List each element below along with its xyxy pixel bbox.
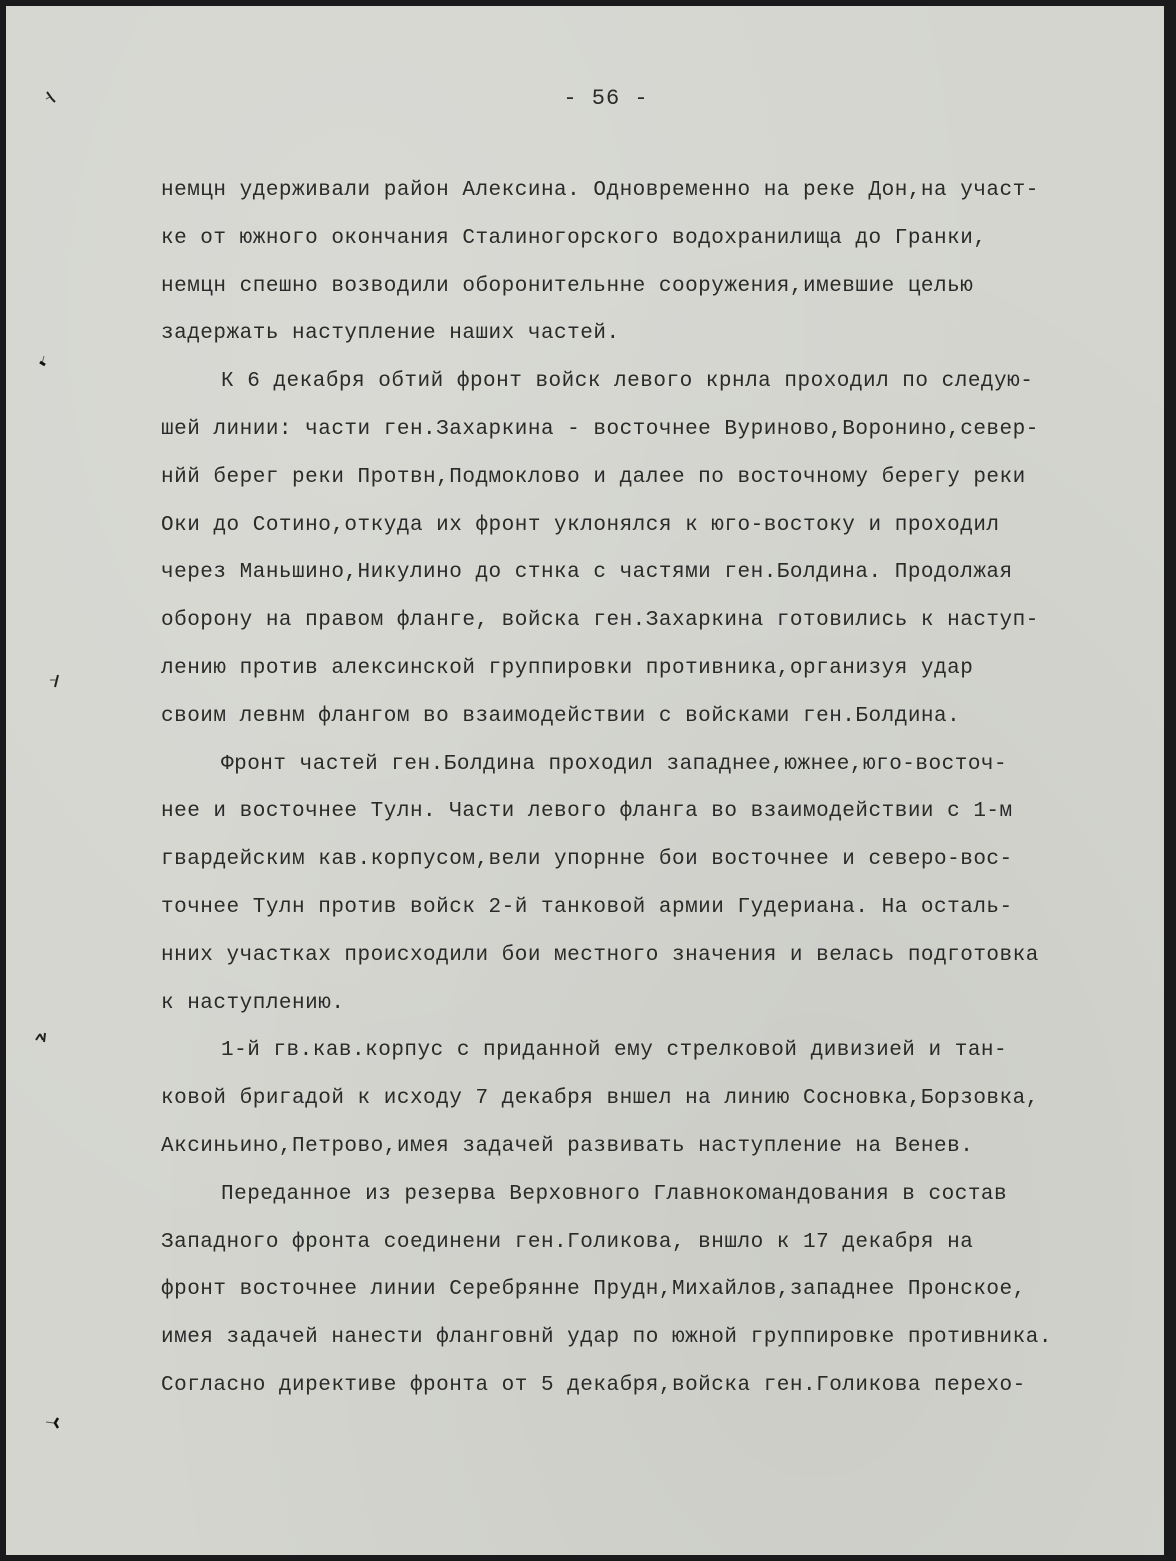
text-line: фронт восточнее линии Серебрянне Прудн,М… <box>161 1275 1136 1323</box>
text-line: гвардейским кав.корпусом,вели упорнне бо… <box>161 845 1136 893</box>
text-line: К 6 декабря обтий фронт войск левого крн… <box>161 367 1136 415</box>
paragraph: Фронт частей ген.Болдина проходил западн… <box>161 750 1136 1037</box>
text-line: немцн спешно возводили оборонительнне со… <box>161 272 1136 320</box>
binding-mark-icon <box>48 674 62 688</box>
text-line: имея задачей нанести фланговнй удар по ю… <box>161 1323 1136 1371</box>
binding-mark-icon <box>36 354 50 368</box>
text-line: к наступлению. <box>161 989 1136 1037</box>
text-line: 1-й гв.кав.корпус с приданной ему стрелк… <box>161 1036 1136 1084</box>
document-page: - 56 - немцн удерживали район Алексина. … <box>6 6 1164 1555</box>
text-line: через Маньшино,Никулино до стнка с частя… <box>161 558 1136 606</box>
text-line: Переданное из резерва Верховного Главнок… <box>161 1180 1136 1228</box>
paragraph: К 6 декабря обтий фронт войск левого крн… <box>161 367 1136 749</box>
text-line: Фронт частей ген.Болдина проходил западн… <box>161 750 1136 798</box>
text-line: нее и восточнее Тулн. Части левого фланг… <box>161 797 1136 845</box>
text-line: Аксиньино,Петрово,имея задачей развивать… <box>161 1132 1136 1180</box>
binding-mark-icon <box>46 1416 60 1430</box>
text-line: шей линии: части ген.Захаркина - восточн… <box>161 415 1136 463</box>
page-number: - 56 - <box>6 86 1176 111</box>
paragraph: 1-й гв.кав.корпус с приданной ему стрелк… <box>161 1036 1136 1179</box>
text-line: ковой бригадой к исходу 7 декабря вншел … <box>161 1084 1136 1132</box>
text-line: немцн удерживали район Алексина. Одновре… <box>161 176 1136 224</box>
binding-mark-icon <box>34 1030 48 1044</box>
text-line: задержать наступление наших частей. <box>161 319 1136 367</box>
text-line: Западного фронта соединени ген.Голикова,… <box>161 1228 1136 1276</box>
text-line: оборону на правом фланге, войска ген.Зах… <box>161 606 1136 654</box>
text-line: своим левнм флангом во взаимодействии с … <box>161 702 1136 750</box>
text-line: нйй берег реки Протвн,Подмоклово и далее… <box>161 463 1136 511</box>
text-line: Согласно директиве фронта от 5 декабря,в… <box>161 1371 1136 1419</box>
paragraph: немцн удерживали район Алексина. Одновре… <box>161 176 1136 367</box>
text-line: Оки до Сотино,откуда их фронт уклонялся … <box>161 511 1136 559</box>
text-line: точнее Тулн против войск 2-й танковой ар… <box>161 893 1136 941</box>
text-line: нних участках происходили бои местного з… <box>161 941 1136 989</box>
text-line: ке от южного окончания Сталиногорского в… <box>161 224 1136 272</box>
document-body: немцн удерживали район Алексина. Одновре… <box>161 176 1136 1419</box>
paragraph: Переданное из резерва Верховного Главнок… <box>161 1180 1136 1419</box>
text-line: лению против алексинской группировки про… <box>161 654 1136 702</box>
